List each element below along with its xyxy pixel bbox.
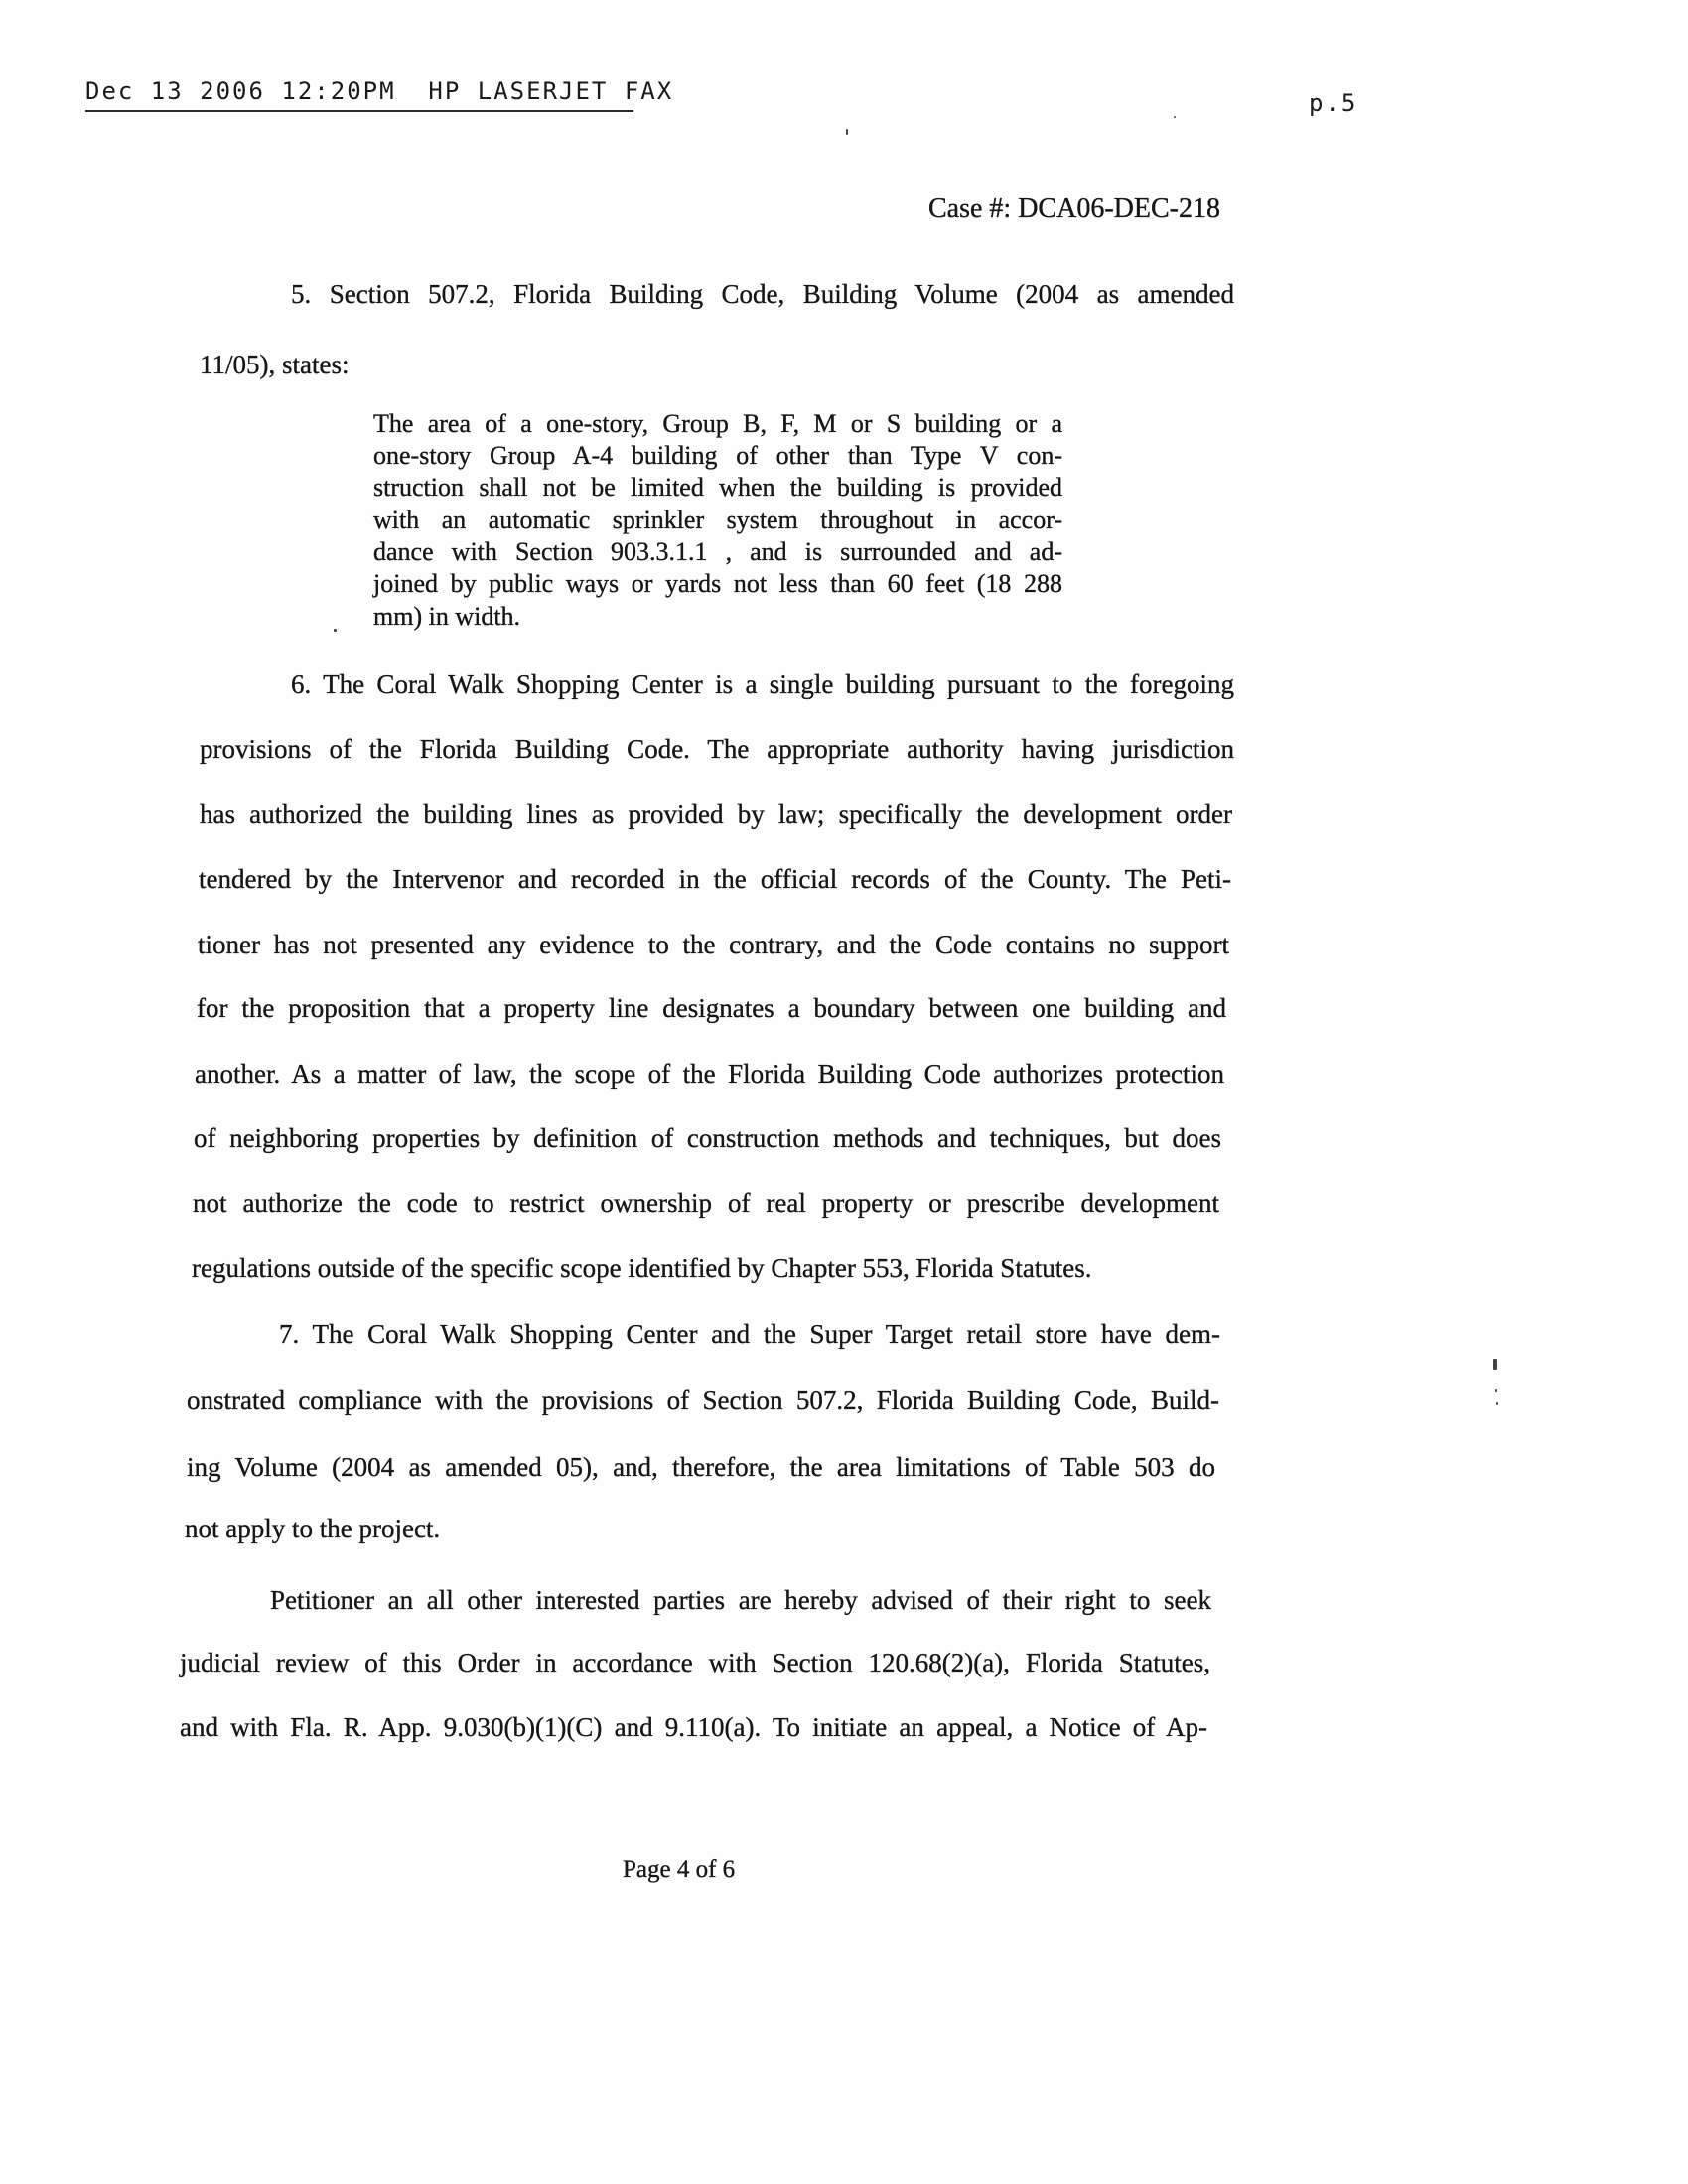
paragraph-line: another. As a matter of law, the scope o… [195,1061,1224,1088]
quote-line: struction shall not be limited when the … [373,475,1062,501]
paragraph-line: tioner has not presented any evidence to… [198,932,1229,958]
paragraph-line: not apply to the project. [185,1516,440,1542]
paragraph-line: judicial review of this Order in accorda… [180,1650,1210,1676]
scan-artifact [1495,1389,1497,1392]
page-number-footer: Page 4 of 6 [623,1857,735,1882]
case-number: Case #: DCA06-DEC-218 [928,195,1220,222]
fax-header-stamp: Dec 13 2006 12:20PM HP LASERJET FAX [85,79,673,103]
item5-line-2: 11/05), states: [200,352,349,378]
quote-line: joined by public ways or yards not less … [373,571,1062,597]
quote-line: with an automatic sprinkler system throu… [373,508,1062,533]
paragraph-line: has authorized the building lines as pro… [200,801,1232,828]
paragraph-line: onstrated compliance with the provisions… [187,1387,1219,1414]
fax-page-marker: p.5 [1309,91,1357,115]
fax-header-underline [85,110,633,112]
item5-line-1: 5. Section 507.2, Florida Building Code,… [291,281,1234,308]
scan-artifact [1493,1359,1497,1370]
paragraph-line: not authorize the code to restrict owner… [193,1190,1219,1217]
quote-line: The area of a one-story, Group B, F, M o… [373,411,1062,437]
paragraph-line: regulations outside of the specific scop… [192,1255,1092,1282]
paragraph-line: of neighboring properties by definition … [194,1125,1221,1152]
scan-artifact [1496,1402,1498,1405]
paragraph-line: 7. The Coral Walk Shopping Center and th… [279,1321,1220,1348]
paragraph-line: provisions of the Florida Building Code.… [200,736,1234,763]
fax-document-page: Dec 13 2006 12:20PM HP LASERJET FAX p.5 … [0,0,1688,2184]
paragraph-line: Petitioner an all other interested parti… [270,1587,1211,1614]
scan-artifact [334,629,337,632]
scan-artifact [846,129,848,135]
scan-artifact [1174,116,1176,118]
paragraph-line: and with Fla. R. App. 9.030(b)(1)(C) and… [180,1714,1207,1741]
quote-line: one-story Group A-4 building of other th… [373,443,1062,469]
quote-line: dance with Section 903.3.1.1 , and is su… [373,539,1062,565]
quote-line: mm) in width. [373,604,520,630]
paragraph-line: tendered by the Intervenor and recorded … [199,866,1231,893]
paragraph-line: 6. The Coral Walk Shopping Center is a s… [291,671,1234,698]
paragraph-line: for the proposition that a property line… [197,995,1226,1022]
paragraph-line: ing Volume (2004 as amended 05), and, th… [187,1454,1215,1481]
